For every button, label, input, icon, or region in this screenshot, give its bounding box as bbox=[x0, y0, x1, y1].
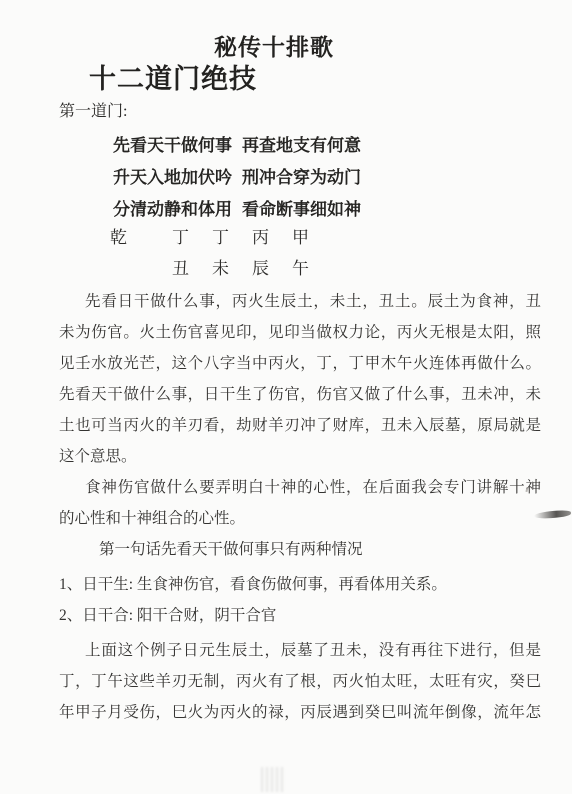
paragraph-line: 的心性和十神组合的心性。 bbox=[59, 503, 541, 534]
verse-right-phrase: 看命断事细如神 bbox=[242, 195, 361, 220]
paragraph-line: 先看天干做什么事，日干生了伤官，伤官又做了什么事，丑未冲，未 bbox=[59, 379, 541, 410]
bazi-stem: 丁 bbox=[212, 222, 252, 253]
verse-left-phrase: 升天入地加伏吟 bbox=[113, 163, 242, 188]
paragraph-line: 年甲子月受伤，巳火为丙火的禄，丙辰遇到癸巳叫流年倒像，流年怎 bbox=[59, 697, 541, 728]
sub-heading-line: 第一句话先看天干做何事只有两种情况 bbox=[59, 534, 541, 565]
paragraph-line: 土也可当丙火的羊刃看，劫财羊刃冲了财库，丑未入辰墓，原局就是 bbox=[59, 410, 541, 441]
verse-right-phrase: 再查地支有何意 bbox=[242, 131, 361, 156]
verse-line: 先看天干做何事 再查地支有何意 bbox=[113, 127, 361, 159]
bazi-stem: 甲 bbox=[292, 222, 332, 253]
paragraph-line: 上面这个例子日元生辰土，辰墓了丑未，没有再往下进行，但是 bbox=[59, 635, 541, 666]
paragraph-line: 食神伤官做什么要弄明白十神的心性，在后面我会专门讲解十神 bbox=[59, 472, 541, 503]
paragraph-line: 未为伤官。火土伤官喜见印，见印当做权力论，丙火无根是太阳，照 bbox=[59, 317, 541, 348]
body-text-block: 先看日干做什么事，丙火生辰土，未土，丑土。辰土为食神，丑 未为伤官。火土伤官喜见… bbox=[59, 286, 541, 728]
ink-smudge-artifact bbox=[261, 767, 285, 792]
paragraph-line: 先看日干做什么事，丙火生辰土，未土，丑土。辰土为食神，丑 bbox=[59, 286, 541, 317]
page-title: 秘传十排歌 bbox=[0, 36, 560, 59]
chapter-subtitle: 十二道门绝技 bbox=[89, 66, 257, 93]
section-label: 第一道门: bbox=[59, 104, 127, 120]
bazi-branch: 辰 bbox=[252, 253, 292, 284]
bazi-gender-label: 乾 bbox=[110, 222, 172, 253]
verse-right-phrase: 刑冲合穿为动门 bbox=[242, 163, 361, 188]
list-item: 1、日干生: 生食神伤官，看食伤做何事，再看体用关系。 bbox=[59, 569, 541, 600]
scanned-document-page: 秘传十排歌 十二道门绝技 第一道门: 先看天干做何事 再查地支有何意 升天入地加… bbox=[0, 0, 572, 794]
bazi-branch: 未 bbox=[212, 253, 252, 284]
verse-line: 升天入地加伏吟 刑冲合穿为动门 bbox=[113, 159, 361, 191]
bazi-stem: 丁 bbox=[172, 222, 212, 253]
paragraph-line: 这个意思。 bbox=[59, 441, 541, 472]
verse-line: 分清动静和体用 看命断事细如神 bbox=[113, 191, 361, 223]
verse-left-phrase: 先看天干做何事 bbox=[113, 131, 242, 156]
paragraph-line: 丁，丁午这些羊刃无制，丙火有了根，丙火怕太旺，太旺有灾，癸巳 bbox=[59, 666, 541, 697]
verse-left-phrase: 分清动静和体用 bbox=[113, 195, 242, 220]
bazi-empty-cell bbox=[110, 253, 172, 284]
bazi-branch: 丑 bbox=[172, 253, 212, 284]
bazi-branch: 午 bbox=[292, 253, 332, 284]
list-item: 2、日干合: 阳干合财，阴干合官 bbox=[59, 600, 541, 631]
bazi-stem: 丙 bbox=[252, 222, 292, 253]
paragraph-line: 见壬水放光芒，这个八字当中丙火，丁，丁甲木午火连体再做什么。 bbox=[59, 348, 541, 379]
bazi-chart: 乾 丁 丁 丙 甲 丑 未 辰 午 bbox=[110, 222, 332, 284]
verse-block: 先看天干做何事 再查地支有何意 升天入地加伏吟 刑冲合穿为动门 分清动静和体用 … bbox=[113, 127, 361, 223]
